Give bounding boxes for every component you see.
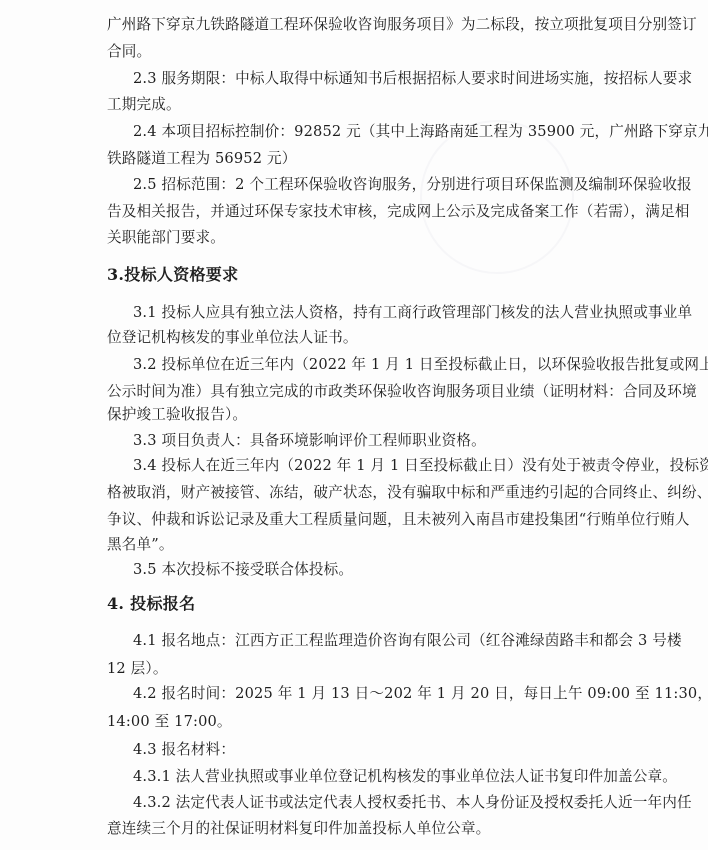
paragraph-line: 黑名单”。 bbox=[107, 536, 633, 554]
paragraph-line: 公示时间为准）具有独立完成的市政类环保验收咨询服务项目业绩（证明材料：合同及环境 bbox=[107, 383, 633, 401]
section-heading: 3.投标人资格要求 bbox=[107, 266, 633, 284]
paragraph-line: 3.1 投标人应具有独立法人资格，持有工商行政管理部门核发的法人营业执照或事业单 bbox=[133, 304, 633, 322]
paragraph-line: 告及相关报告，并通过环保专家技术审核，完成网上公示及完成备案工作（若需），满足相 bbox=[107, 203, 633, 221]
paragraph-line: 合同。 bbox=[107, 43, 633, 61]
paragraph-line: 意连续三个月的社保证明材料复印件加盖投标人单位公章。 bbox=[107, 820, 633, 838]
paragraph-line: 4.3 报名材料： bbox=[133, 741, 633, 759]
paragraph-line: 3.2 投标单位在近三年内（2022 年 1 月 1 日至投标截止日，以环保验收… bbox=[133, 356, 633, 374]
paragraph-line: 4.3.1 法人营业执照或事业单位登记机构核发的事业单位法人证书复印件加盖公章。 bbox=[133, 768, 633, 786]
paragraph-line: 3.5 本次投标不接受联合体投标。 bbox=[133, 561, 633, 579]
paragraph-line: 位登记机构核发的事业单位法人证书。 bbox=[107, 329, 633, 347]
paragraph-line: 12 层）。 bbox=[107, 660, 633, 678]
section-heading: 4. 投标报名 bbox=[107, 595, 633, 613]
paragraph-line: 关职能部门要求。 bbox=[107, 229, 633, 247]
paragraph-line: 14:00 至 17:00。 bbox=[107, 713, 633, 731]
faint-stamp-mark bbox=[420, 120, 574, 274]
paragraph-line: 格被取消，财产被接管、冻结，破产状态，没有骗取中标和严重违约引起的合同终止、纠纷… bbox=[107, 484, 633, 502]
paragraph-line: 争议、仲裁和诉讼记录及重大工程质量问题，且未被列入南昌市建投集团“行贿单位行贿人 bbox=[107, 511, 633, 529]
paragraph-line: 2.5 招标范围：2 个工程环保验收咨询服务，分别进行项目环保监测及编制环保验收… bbox=[133, 176, 633, 194]
document-page: 广州路下穿京九铁路隧道工程环保验收咨询服务项目》为二标段，按立项批复项目分别签订… bbox=[0, 0, 708, 850]
paragraph-line: 4.2 报名时间：2025 年 1 月 13 日～202 年 1 月 20 日，… bbox=[133, 685, 633, 703]
paragraph-line: 2.3 服务期限：中标人取得中标通知书后根据招标人要求时间进场实施，按招标人要求 bbox=[133, 70, 633, 88]
paragraph-line: 铁路隧道工程为 56952 元） bbox=[107, 150, 633, 168]
paragraph-line: 广州路下穿京九铁路隧道工程环保验收咨询服务项目》为二标段，按立项批复项目分别签订 bbox=[107, 16, 633, 34]
paragraph-line: 2.4 本项目招标控制价：92852 元（其中上海路南延工程为 35900 元，… bbox=[133, 123, 633, 141]
paragraph-line: 保护竣工验收报告）。 bbox=[107, 406, 633, 424]
paragraph-line: 工期完成。 bbox=[107, 96, 633, 114]
paragraph-line: 3.3 项目负责人：具备环境影响评价工程师职业资格。 bbox=[133, 432, 633, 450]
paragraph-line: 4.1 报名地点：江西方正工程监理造价咨询有限公司（红谷滩绿茵路丰和都会 3 号… bbox=[133, 632, 633, 650]
paragraph-line: 4.3.2 法定代表人证书或法定代表人授权委托书、本人身份证及授权委托人近一年内… bbox=[133, 794, 633, 812]
paragraph-line: 3.4 投标人在近三年内（2022 年 1 月 1 日至投标截止日）没有处于被责… bbox=[133, 457, 633, 475]
